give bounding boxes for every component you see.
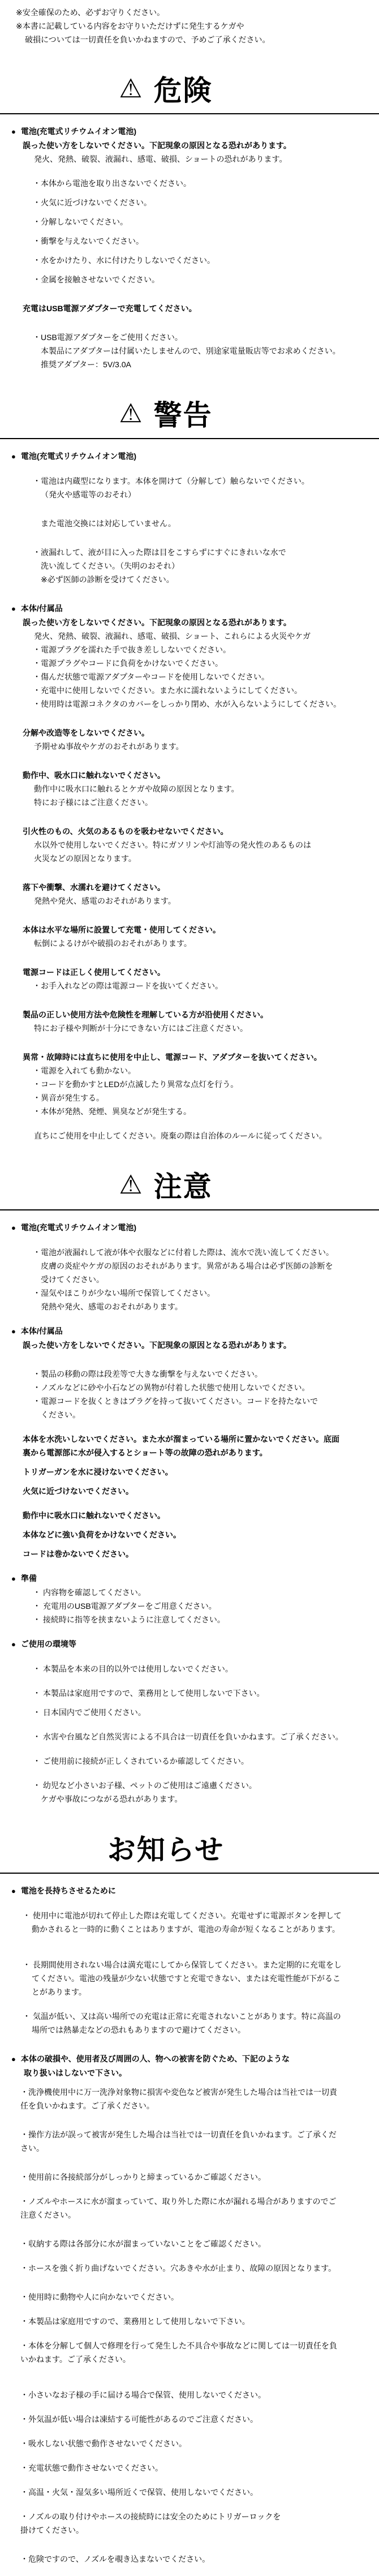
section-title: 危険: [154, 68, 213, 109]
text-line: ・電源プラグを濡れた手で抜き差ししないでください。: [33, 643, 379, 656]
sections-container: ⚠︎危険●電池(充電式リチウムイオン電池)誤った使い方をしないでください。下記現…: [0, 66, 379, 2566]
warning-triangle-icon: ⚠︎: [119, 1171, 142, 1197]
text-line: 場所では熱暴走などの恐れもありますので避けてください。: [32, 2023, 379, 2037]
bullet-heading: ●電池を長持ちさせるために: [11, 1884, 379, 1898]
text-line: 本体を水洗いしないでください。また水が溜まっている場所に置かないでください。底面: [23, 1432, 379, 1446]
text-line: 予期せぬ事故やケガのおそれがあります。: [34, 740, 379, 753]
text-line: ください。: [41, 1408, 379, 1422]
bullet-heading-label: 本体の破損や、使用者及び周囲の人、物への被害を防ぐため、下記のような: [21, 2054, 290, 2063]
text-line: 動作中、吸水口に触れないでください。: [23, 768, 379, 782]
text-line: 任を負いかねます。ご了承ください。: [20, 2099, 379, 2113]
text-line: ・ 水害や台風など自然災害による不具合は一切責任を負いかねます。ご了承ください。: [33, 1730, 379, 1744]
text-line: てください。電池の残量が少ない状態ですと充電できない、または充電性能が下がるこ: [32, 1972, 379, 1985]
bullet-heading: ●本体/付属品: [11, 1324, 379, 1338]
text-line: 転倒によるけがや破損のおそれがあります。: [34, 937, 379, 950]
text-line: 落下や衝撃、水濡れを避けてください。: [23, 881, 379, 894]
text-line: ・危険ですので、ノズルを覗き込まないでください。: [20, 2552, 379, 2566]
text-line: 発熱や発火、感電のおそれがあります。: [34, 894, 379, 908]
text-line: ・異音が発生する。: [33, 1091, 379, 1105]
text-line: 発火、発熱、破裂、液漏れ、感電、破損、ショート、これらによる火災やケガ: [34, 629, 379, 643]
text-line: コードは巻かないでください。: [23, 1547, 379, 1561]
bullet-icon: ●: [11, 1640, 16, 1648]
text-line: ・充電中に使用しないでください。また水に濡れないようにしてください。: [33, 684, 379, 697]
note-line: 破損については一切責任を負いかねますので、予めご了承ください。: [25, 33, 379, 46]
bullet-heading-label: 本体/付属品: [21, 1326, 63, 1336]
text-line: さい。: [20, 2141, 379, 2155]
section-heading: ⚠︎注意: [0, 1162, 379, 1210]
text-line: 引火性のもの、火気のあるものを吸わせないでください。: [23, 825, 379, 838]
text-line: いかねます。ご了承ください。: [20, 2352, 379, 2366]
text-line: 本体などに強い負荷をかけないでください。: [23, 1528, 379, 1542]
text-line: ・洗浄機使用中に万一洗浄対象物に損害や変色など被害が発生した場合は当社では一切責: [20, 2085, 379, 2099]
text-line: 推奨アダプター：5V/3.0A: [41, 358, 379, 371]
text-line: ・使用前に各接続部分がしっかりと締まっているかご確認ください。: [20, 2170, 379, 2184]
bullet-heading: ●電池(充電式リチウムイオン電池): [11, 1221, 379, 1235]
bullet-heading: ●ご使用の環境等: [11, 1637, 379, 1651]
text-line: ・製品の移動の際は段差等で大きな衝撃を与えないでください。: [33, 1367, 379, 1381]
text-line: 製品の正しい使用方法や危険性を理解している方が沿使用ください。: [23, 1008, 379, 1021]
bullet-heading: ●電池(充電式リチウムイオン電池): [11, 449, 379, 463]
text-line: ・ 長期間使用されない場合は満充電にしてから保管してください。また定期的に充電を…: [23, 1958, 379, 1972]
section-title: 警告: [154, 393, 213, 433]
text-line: 特にお子様にはご注意ください。: [34, 796, 379, 809]
text-line: ・本体を分解して個人で修理を行って発生した不具合や事故などに関しては一切責任を負: [20, 2339, 379, 2352]
bullet-heading-label: 電池(充電式リチウムイオン電池): [21, 127, 136, 136]
bullet-heading-label: 電池(充電式リチウムイオン電池): [21, 452, 136, 461]
text-line: ・電源コードを抜くときはプラグを持って抜いてください。コードを持たないで: [33, 1394, 379, 1408]
text-line: ・ 幼児など小さいお子様、ペットのご使用はご遠慮ください。: [33, 1779, 379, 1792]
note-line: ※安全確保のため、必ずお守りください。: [16, 6, 379, 19]
bullet-heading-label: 電池を長持ちさせるために: [21, 1886, 116, 1895]
section-title: 注意: [154, 1164, 213, 1205]
text-line: ・ 使用中に電池が切れて停止した際は充電してください。充電せずに電源ボタンを押し…: [23, 1909, 379, 1922]
text-line: とがあります。: [32, 1985, 379, 1999]
text-line: 水以外で使用しないでください。特にガソリンや灯油等の発火性のあるものは: [34, 838, 379, 852]
text-line: ※必ず医師の診断を受けてください。: [41, 573, 379, 586]
text-line: ・ 本製品を本来の目的以外では使用しないでください。: [33, 1662, 379, 1676]
section-heading: ⚠︎危険: [0, 66, 379, 114]
text-line: ・金属を接触させないでください。: [33, 273, 379, 286]
text-line: ・お手入れなどの際は電源コードを抜いてください。: [33, 979, 379, 993]
bullet-icon: ●: [11, 1887, 16, 1895]
text-line: ・収納する際は各部分に水が溜まっていないことをご確認ください。: [20, 2237, 379, 2251]
text-line: 特にお子様や判断が十分にできない方にはご注意ください。: [34, 1021, 379, 1035]
text-line: ・水をかけたり、水に付けたりしないでください。: [33, 254, 379, 267]
text-line: ・ホースを強く折り曲げないでください。穴あきや水が止まり、故障の原因となります。: [20, 2261, 379, 2275]
text-line: 動作中に吸水口に触れないでください。: [23, 1509, 379, 1522]
text-line: ・ 気温が低い、又は高い場所での充電は正常に充電されないことがあります。特に高温…: [23, 2010, 379, 2023]
text-line: 注意ください。: [20, 2208, 379, 2222]
text-line: ・ 本製品は家庭用ですので、業務用として使用しないで下さい。: [33, 1686, 379, 1700]
text-line: 掛けてください。: [20, 2523, 379, 2537]
text-line: ・使用時は電源コネクタのカバーをしっかり閉め、水が入らないようにしてください。: [33, 697, 379, 711]
text-line: 発火、発熱、破裂、液漏れ、感電、破損、ショートの恐れがあります。: [34, 152, 379, 166]
bullet-heading-label: 準備: [21, 1574, 37, 1583]
text-line: ・充電状態で動作させないでください。: [20, 2461, 379, 2475]
text-line: ・高温・火気・湿気多い場所近くで保管、使用しないでください。: [20, 2485, 379, 2499]
text-line: ・液漏れして、液が目に入った際は目をこすらずにすぐにきれいな水で: [33, 546, 379, 559]
text-line: ・ 接続時に指等を挟まないように注意してください。: [33, 1613, 379, 1626]
text-line: ・USB電源アダプターをご使用ください。: [33, 330, 379, 344]
text-line: トリガーガンを水に浸けないでください。: [23, 1465, 379, 1479]
bullet-icon: ●: [11, 1327, 16, 1336]
text-line: （発火や感電等のおそれ）: [41, 488, 379, 501]
header-notes: ※安全確保のため、必ずお守りください。 ※本書に記載している内容をお守りいただけ…: [0, 6, 379, 46]
text-line: 火気に近づけないでください。: [23, 1484, 379, 1498]
text-line: また電池交換には対応していません。: [41, 517, 379, 530]
text-line: ・ノズルなどに砂や小石などの異物が付着した状態で使用しないでください。: [33, 1381, 379, 1394]
text-line: 動かされると一時的に動くことはありますが、電池の寿命が短くなることがあります。: [32, 1922, 379, 1936]
text-line: ・ ご使用前に接続が正しくされているか確認してください。: [33, 1754, 379, 1768]
text-line: ・電源プラグやコードに負荷をかけないでください。: [33, 656, 379, 670]
text-line: ・ 内容物を確認してください。: [33, 1586, 379, 1599]
text-line: ・湿気やほこりが少ない場所で保管してください。: [33, 1286, 379, 1300]
section-heading: ⚠︎警告: [0, 390, 379, 439]
text-line: 動作中に吸水口に触れるとケガや故障の原因となります。: [34, 782, 379, 796]
bullet-heading: ●電池(充電式リチウムイオン電池): [11, 124, 379, 139]
text-line: ・分解しないでください。: [33, 215, 379, 229]
text-line: ・傷んだ状態で電源アダプターやコードを使用しないでください。: [33, 670, 379, 684]
text-line: ・電池は内蔵型になります。本体を開けて（分解して）触らないでください。: [33, 474, 379, 488]
text-line: 発熱や発火、感電のおそれがあります。: [41, 1300, 379, 1313]
bullet-heading: ●本体の破損や、使用者及び周囲の人、物への被害を防ぐため、下記のような: [11, 2052, 379, 2066]
text-line: ・使用時に動物や人に向かないでください。: [20, 2290, 379, 2304]
text-line: 誤った使い方をしないでください。下記現象の原因となる恐れがあります。: [23, 616, 379, 629]
text-line: 誤った使い方をしないでください。下記現象の原因となる恐れがあります。: [23, 139, 379, 152]
text-line: 本体は水平な場所に設置して充電・使用してください。: [23, 923, 379, 937]
text-line: 皮膚の炎症やケガの原因のおそれがあります。異常がある場合は必ず医師の診断を: [41, 1259, 379, 1273]
text-line: 本製品にアダプターは付属いたしませんので、別途家電量販店等でお求めください。: [41, 344, 379, 358]
note-line: ※本書に記載している内容をお守りいただけずに発生するケガや: [16, 19, 379, 33]
danger-section: ⚠︎危険●電池(充電式リチウムイオン電池)誤った使い方をしないでください。下記現…: [0, 66, 379, 371]
section-title: お知らせ: [107, 1827, 225, 1868]
notice-section: お知らせ●電池を長持ちさせるために・ 使用中に電池が切れて停止した際は充電してく…: [0, 1825, 379, 2566]
text-line: ・本製品は家庭用ですので、業務用として使用しないで下さい。: [20, 2315, 379, 2328]
caution-section: ⚠︎注意●電池(充電式リチウムイオン電池)・電池が液漏れして液が体や衣服などに付…: [0, 1162, 379, 1806]
text-line: ・外気温が低い場合は凍結する可能性があるのでご注意ください。: [20, 2412, 379, 2426]
bullet-heading-label: ご使用の環境等: [21, 1639, 76, 1648]
text-line: 電源コードは正しく使用してください。: [23, 965, 379, 979]
bullet-icon: ●: [11, 127, 16, 136]
text-line: ・ノズルやホースに水が溜まっていて、取り外した際に水が漏れる場合がありますのでご: [20, 2195, 379, 2208]
text-line: ・本体が発熱、発煙、異臭などが発生する。: [33, 1105, 379, 1118]
text-line: ・本体から電池を取り出さないでください。: [33, 177, 379, 190]
text-line: ・操作方法が誤って被害が発生した場合は当社では一切責任を負いかねます。ご了承くだ: [20, 2128, 379, 2141]
warning-triangle-icon: ⚠︎: [119, 75, 142, 101]
text-line: 誤った使い方をしないでください。下記現象の原因となる恐れがあります。: [23, 1338, 379, 1352]
text-line: 取り扱いはしないで下さい。: [24, 2066, 379, 2080]
text-line: 直ちにご使用を中止してください。廃棄の際は自治体のルールに従ってください。: [34, 1129, 379, 1143]
text-line: 分解や改造等をしないでください。: [23, 726, 379, 740]
text-line: ・吸水しない状態で動作させないでください。: [20, 2437, 379, 2450]
text-line: ・ 充電用のUSB電源アダプターをご用意ください。: [33, 1599, 379, 1613]
text-line: ・電池が液漏れして液が体や衣服などに付着した際は、流水で洗い流してください。: [33, 1246, 379, 1259]
bullet-icon: ●: [11, 452, 16, 461]
text-line: 受けてください。: [41, 1273, 379, 1286]
bullet-icon: ●: [11, 2055, 16, 2063]
text-line: 火災などの原因となります。: [34, 852, 379, 865]
text-line: ケガや事故につながる恐れがあります。: [41, 1792, 379, 1806]
text-line: ・電源を入れても動かない。: [33, 1064, 379, 1077]
text-line: 裏から電源部に水が侵入するとショート等の故障の恐れがあります。: [23, 1446, 379, 1459]
warning-section: ⚠︎警告●電池(充電式リチウムイオン電池)・電池は内蔵型になります。本体を開けて…: [0, 390, 379, 1143]
text-line: 異常・故障時には直ちに使用を中止し、電源コード、アダプターを抜いてください。: [23, 1050, 379, 1064]
bullet-heading-label: 電池(充電式リチウムイオン電池): [21, 1223, 136, 1232]
text-line: ・衝撃を与えないでください。: [33, 234, 379, 248]
text-line: ・ 日本国内でご使用ください。: [33, 1706, 379, 1719]
bullet-icon: ●: [11, 604, 16, 613]
text-line: 洗い流してください。（失明のおそれ）: [41, 559, 379, 573]
bullet-icon: ●: [11, 1574, 16, 1583]
section-heading: お知らせ: [0, 1825, 379, 1874]
text-line: ・ノズルの取り付けやホースの接続時には安全のためにトリガーロックを: [20, 2510, 379, 2523]
text-line: ・コードを動かすとLEDが点滅したり異常な点灯を行う。: [33, 1077, 379, 1091]
bullet-heading: ●準備: [11, 1572, 379, 1586]
text-line: 充電はUSB電源アダプターで充電してください。: [23, 302, 379, 315]
bullet-heading: ●本体/付属品: [11, 602, 379, 616]
bullet-icon: ●: [11, 1223, 16, 1232]
text-line: ・火気に近づけないでください。: [33, 196, 379, 209]
warning-triangle-icon: ⚠︎: [119, 400, 142, 426]
bullet-heading-label: 本体/付属品: [21, 604, 63, 613]
text-line: ・小さいなお子様の手に届ける場合で保管、使用しないでください。: [20, 2388, 379, 2402]
